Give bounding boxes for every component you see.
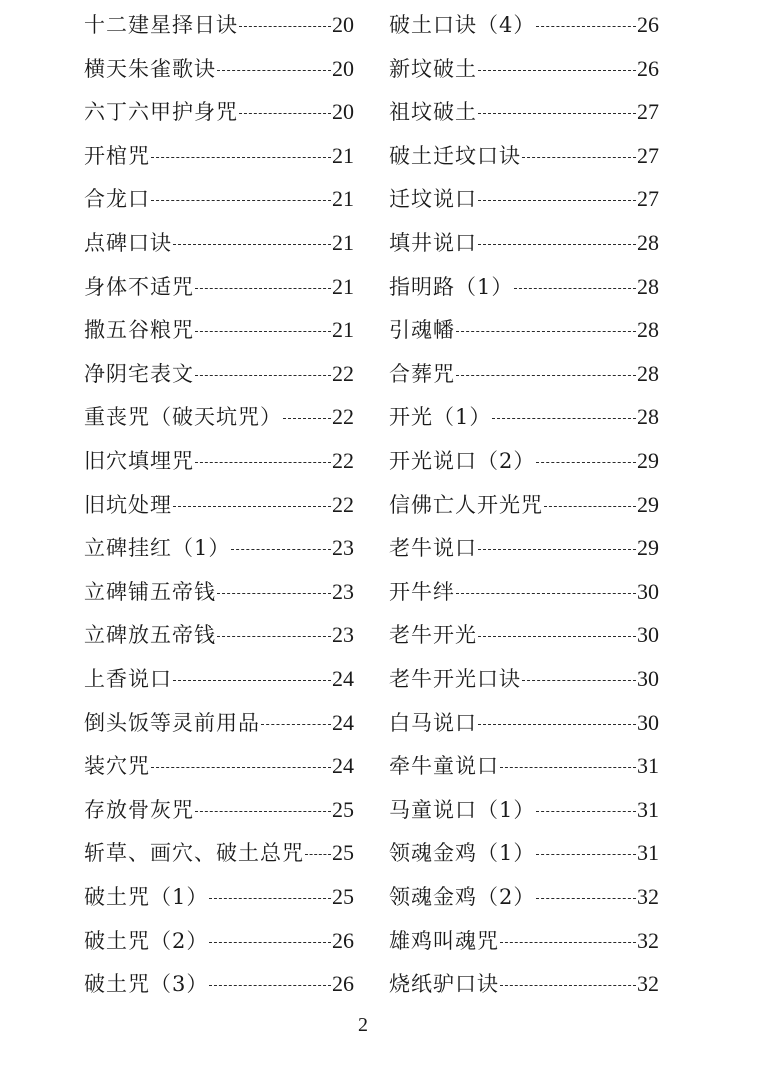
toc-entry-page: 27: [637, 141, 659, 171]
toc-dash-leader: [195, 359, 331, 389]
toc-entry[interactable]: 撒五谷粮咒21: [84, 315, 354, 345]
toc-entry-title: 横天朱雀歌诀: [84, 54, 216, 84]
toc-entry-title: 净阴宅表文: [84, 359, 194, 389]
toc-entry-page: 28: [637, 402, 659, 432]
toc-entry[interactable]: 身体不适咒21: [84, 272, 354, 302]
toc-entry-page: 26: [637, 54, 659, 84]
toc-dash-leader: [478, 533, 636, 563]
toc-dash-leader: [239, 97, 331, 127]
toc-entry-title: 老牛开光口诀: [389, 664, 521, 694]
toc-entry[interactable]: 马童说口（1）31: [389, 795, 659, 825]
toc-entry-page: 23: [332, 620, 354, 650]
toc-entry-page: 31: [637, 838, 659, 868]
toc-entry-page: 27: [637, 97, 659, 127]
toc-entry-title: 领魂金鸡（1）: [389, 838, 535, 868]
toc-entry-page: 30: [637, 620, 659, 650]
toc-entry-page: 28: [637, 272, 659, 302]
toc-dash-leader: [173, 664, 331, 694]
toc-entry-page: 22: [332, 402, 354, 432]
toc-entry-title: 白马说口: [389, 708, 477, 738]
toc-dash-leader: [522, 141, 636, 171]
toc-entry-page: 25: [332, 795, 354, 825]
toc-entry[interactable]: 重丧咒（破天坑咒）22: [84, 402, 354, 432]
toc-entry-title: 存放骨灰咒: [84, 795, 194, 825]
toc-entry[interactable]: 填井说口28: [389, 228, 659, 258]
toc-dash-leader: [151, 184, 331, 214]
page-number: 2: [353, 1014, 373, 1037]
toc-dash-leader: [217, 577, 331, 607]
toc-entry-page: 21: [332, 315, 354, 345]
toc-entry-page: 29: [637, 533, 659, 563]
toc-entry-title: 开光说口（2）: [389, 446, 535, 476]
toc-entry-page: 23: [332, 577, 354, 607]
toc-entry-page: 21: [332, 272, 354, 302]
toc-entry-page: 21: [332, 141, 354, 171]
toc-entry-title: 立碑铺五帝钱: [84, 577, 216, 607]
toc-entry[interactable]: 破土口诀（4）26: [389, 10, 659, 40]
toc-entry-page: 20: [332, 97, 354, 127]
toc-entry-title: 上香说口: [84, 664, 172, 694]
toc-entry[interactable]: 立碑铺五帝钱23: [84, 577, 354, 607]
toc-dash-leader: [173, 228, 331, 258]
toc-dash-leader: [217, 54, 331, 84]
toc-entry-title: 雄鸡叫魂咒: [389, 926, 499, 956]
toc-dash-leader: [478, 708, 636, 738]
toc-dash-leader: [536, 838, 636, 868]
toc-entry-title: 指明路（1）: [389, 272, 513, 302]
toc-entry[interactable]: 雄鸡叫魂咒32: [389, 926, 659, 956]
toc-entry-title: 倒头饭等灵前用品: [84, 708, 260, 738]
toc-dash-leader: [478, 54, 636, 84]
toc-entry[interactable]: 旧穴填埋咒22: [84, 446, 354, 476]
toc-entry[interactable]: 领魂金鸡（1）31: [389, 838, 659, 868]
toc-entry-page: 23: [332, 533, 354, 563]
toc-dash-leader: [195, 315, 331, 345]
toc-entry-page: 31: [637, 795, 659, 825]
toc-dash-leader: [500, 751, 636, 781]
toc-entry[interactable]: 指明路（1）28: [389, 272, 659, 302]
toc-entry[interactable]: 新坟破土26: [389, 54, 659, 84]
toc-dash-leader: [217, 620, 331, 650]
toc-entry-page: 25: [332, 838, 354, 868]
toc-dash-leader: [478, 620, 636, 650]
toc-entry-page: 26: [332, 969, 354, 999]
toc-entry-page: 32: [637, 882, 659, 912]
toc-entry-page: 22: [332, 490, 354, 520]
toc-entry-page: 24: [332, 708, 354, 738]
toc-entry[interactable]: 立碑挂红（1）23: [84, 533, 354, 563]
toc-entry-title: 立碑放五帝钱: [84, 620, 216, 650]
toc-entry-title: 领魂金鸡（2）: [389, 882, 535, 912]
toc-entry[interactable]: 老牛说口29: [389, 533, 659, 563]
toc-dash-leader: [478, 184, 636, 214]
toc-entry-title: 开光（1）: [389, 402, 491, 432]
toc-entry[interactable]: 十二建星择日诀20: [84, 10, 354, 40]
toc-entry-title: 十二建星择日诀: [84, 10, 238, 40]
toc-dash-leader: [151, 141, 331, 171]
toc-entry-page: 21: [332, 228, 354, 258]
toc-entry-page: 29: [637, 490, 659, 520]
toc-dash-leader: [478, 97, 636, 127]
toc-dash-leader: [195, 272, 331, 302]
toc-entry-title: 破土口诀（4）: [389, 10, 535, 40]
toc-entry-title: 信佛亡人开光咒: [389, 490, 543, 520]
toc-entry-title: 六丁六甲护身咒: [84, 97, 238, 127]
toc-entry-title: 斩草、画穴、破土总咒: [84, 838, 304, 868]
toc-dash-leader: [151, 751, 331, 781]
toc-dash-leader: [536, 446, 636, 476]
toc-dash-leader: [239, 10, 331, 40]
toc-entry-title: 破土迁坟口诀: [389, 141, 521, 171]
toc-entry-page: 31: [637, 751, 659, 781]
toc-dash-leader: [514, 272, 636, 302]
toc-dash-leader: [500, 969, 636, 999]
toc-entry-page: 24: [332, 664, 354, 694]
toc-dash-leader: [500, 926, 636, 956]
toc-entry-title: 新坟破土: [389, 54, 477, 84]
toc-entry-title: 合龙口: [84, 184, 150, 214]
toc-dash-leader: [456, 577, 636, 607]
toc-entry-title: 祖坟破土: [389, 97, 477, 127]
toc-entry-page: 29: [637, 446, 659, 476]
toc-entry[interactable]: 祖坟破土27: [389, 97, 659, 127]
toc-entry-title: 迁坟说口: [389, 184, 477, 214]
toc-dash-leader: [173, 490, 331, 520]
toc-entry-page: 22: [332, 359, 354, 389]
toc-dash-leader: [209, 969, 331, 999]
toc-entry[interactable]: 横天朱雀歌诀20: [84, 54, 354, 84]
toc-entry[interactable]: 合葬咒28: [389, 359, 659, 389]
toc-entry[interactable]: 白马说口30: [389, 708, 659, 738]
toc-entry-page: 22: [332, 446, 354, 476]
toc-entry[interactable]: 破土咒（2）26: [84, 926, 354, 956]
toc-entry-title: 老牛说口: [389, 533, 477, 563]
toc-entry-title: 重丧咒（破天坑咒）: [84, 402, 282, 432]
toc-entry-page: 26: [637, 10, 659, 40]
toc-entry[interactable]: 破土咒（1）25: [84, 882, 354, 912]
toc-entry[interactable]: 老牛开光30: [389, 620, 659, 650]
toc-entry[interactable]: 斩草、画穴、破土总咒25: [84, 838, 354, 868]
toc-entry[interactable]: 合龙口21: [84, 184, 354, 214]
toc-dash-leader: [456, 359, 636, 389]
toc-entry-page: 24: [332, 751, 354, 781]
toc-entry[interactable]: 引魂幡28: [389, 315, 659, 345]
toc-entry-title: 开牛绊: [389, 577, 455, 607]
toc-entry-page: 32: [637, 969, 659, 999]
toc-entry-page: 28: [637, 315, 659, 345]
toc-entry-title: 破土咒（3）: [84, 969, 208, 999]
toc-entry-page: 21: [332, 184, 354, 214]
toc-entry-title: 老牛开光: [389, 620, 477, 650]
toc-entry-page: 28: [637, 228, 659, 258]
toc-dash-leader: [305, 838, 331, 868]
toc-entry-page: 28: [637, 359, 659, 389]
toc-entry[interactable]: 老牛开光口诀30: [389, 664, 659, 694]
toc-entry-title: 破土咒（1）: [84, 882, 208, 912]
toc-entry-page: 20: [332, 10, 354, 40]
toc-entry-title: 开棺咒: [84, 141, 150, 171]
toc-dash-leader: [544, 490, 636, 520]
toc-dash-leader: [536, 882, 636, 912]
toc-dash-leader: [261, 708, 331, 738]
toc-entry[interactable]: 装穴咒24: [84, 751, 354, 781]
toc-entry-page: 20: [332, 54, 354, 84]
toc-entry-title: 撒五谷粮咒: [84, 315, 194, 345]
toc-entry-page: 26: [332, 926, 354, 956]
toc-entry[interactable]: 开牛绊30: [389, 577, 659, 607]
toc-entry-title: 合葬咒: [389, 359, 455, 389]
toc-entry[interactable]: 开光（1）28: [389, 402, 659, 432]
toc-entry[interactable]: 上香说口24: [84, 664, 354, 694]
toc-entry[interactable]: 存放骨灰咒25: [84, 795, 354, 825]
toc-entry-page: 27: [637, 184, 659, 214]
toc-dash-leader: [231, 533, 331, 563]
toc-dash-leader: [209, 926, 331, 956]
toc-entry[interactable]: 领魂金鸡（2）32: [389, 882, 659, 912]
toc-dash-leader: [456, 315, 636, 345]
toc-entry-title: 填井说口: [389, 228, 477, 258]
toc-entry[interactable]: 开棺咒21: [84, 141, 354, 171]
toc-entry[interactable]: 破土咒（3）26: [84, 969, 354, 999]
toc-entry[interactable]: 开光说口（2）29: [389, 446, 659, 476]
toc-entry[interactable]: 旧坑处理22: [84, 490, 354, 520]
toc-entry[interactable]: 立碑放五帝钱23: [84, 620, 354, 650]
toc-entry-page: 25: [332, 882, 354, 912]
toc-entry-title: 引魂幡: [389, 315, 455, 345]
toc-entry[interactable]: 烧纸驴口诀32: [389, 969, 659, 999]
toc-entry-title: 点碑口诀: [84, 228, 172, 258]
toc-entry[interactable]: 迁坟说口27: [389, 184, 659, 214]
toc-entry-title: 牵牛童说口: [389, 751, 499, 781]
toc-entry-title: 旧坑处理: [84, 490, 172, 520]
toc-dash-leader: [283, 402, 331, 432]
toc-entry-title: 身体不适咒: [84, 272, 194, 302]
toc-entry[interactable]: 牵牛童说口31: [389, 751, 659, 781]
toc-dash-leader: [536, 10, 636, 40]
toc-entry-title: 立碑挂红（1）: [84, 533, 230, 563]
toc-dash-leader: [478, 228, 636, 258]
toc-dash-leader: [536, 795, 636, 825]
toc-entry-title: 装穴咒: [84, 751, 150, 781]
toc-dash-leader: [522, 664, 636, 694]
toc-entry[interactable]: 净阴宅表文22: [84, 359, 354, 389]
toc-entry[interactable]: 信佛亡人开光咒29: [389, 490, 659, 520]
toc-entry[interactable]: 六丁六甲护身咒20: [84, 97, 354, 127]
toc-dash-leader: [195, 446, 331, 476]
toc-entry-page: 30: [637, 708, 659, 738]
toc-dash-leader: [195, 795, 331, 825]
toc-entry-page: 32: [637, 926, 659, 956]
toc-entry[interactable]: 破土迁坟口诀27: [389, 141, 659, 171]
toc-entry-title: 烧纸驴口诀: [389, 969, 499, 999]
toc-entry[interactable]: 倒头饭等灵前用品24: [84, 708, 354, 738]
toc-entry-title: 马童说口（1）: [389, 795, 535, 825]
toc-entry-page: 30: [637, 577, 659, 607]
toc-dash-leader: [492, 402, 636, 432]
toc-entry-title: 破土咒（2）: [84, 926, 208, 956]
toc-entry-page: 30: [637, 664, 659, 694]
toc-dash-leader: [209, 882, 331, 912]
toc-entry[interactable]: 点碑口诀21: [84, 228, 354, 258]
toc-entry-title: 旧穴填埋咒: [84, 446, 194, 476]
